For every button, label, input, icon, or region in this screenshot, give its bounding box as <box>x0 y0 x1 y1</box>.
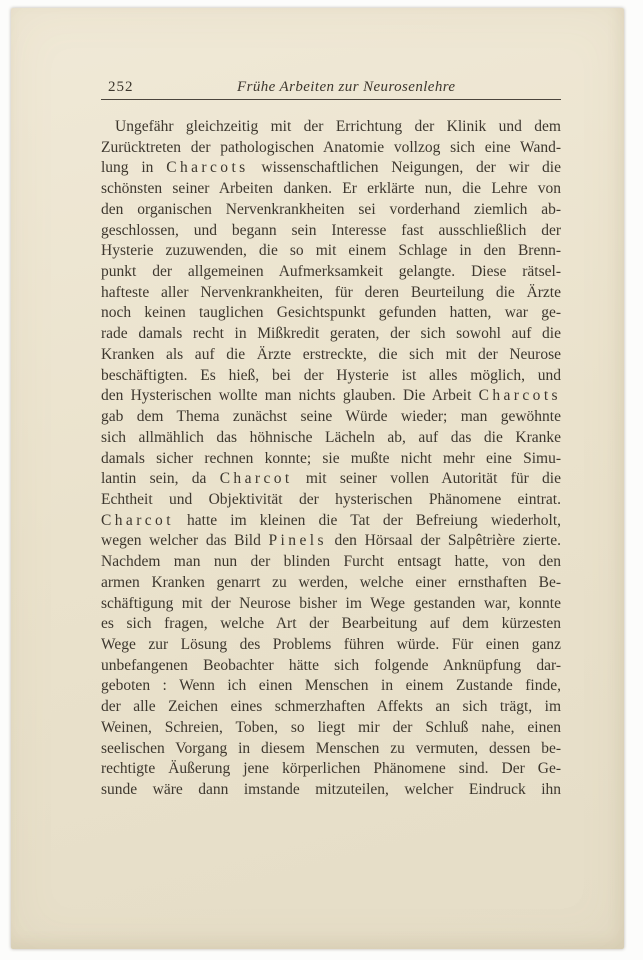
text-line: Kranken als auf die Ärzte erstreckte, di… <box>101 345 561 366</box>
text-segment: geboten : Wenn ich einen Menschen in ein… <box>101 677 561 694</box>
text-segment: Echtheit und Objektivität der hysterisch… <box>101 491 561 508</box>
text-line: Ungefähr gleichzeitig mit der Errichtung… <box>101 117 561 138</box>
text-line: den organischen Nervenkrankheiten sei vo… <box>101 200 561 221</box>
text-segment: Hysterie zuzuwenden, die so mit einem Sc… <box>101 242 561 259</box>
text-line: noch keinen tauglichen Gesichtspunkt gef… <box>101 303 561 324</box>
letterspaced-name: Charcots <box>479 387 561 404</box>
text-segment: rade damals recht in Mißkredit geraten, … <box>101 325 561 342</box>
text-line: der alle Zeichen eines schmerzhaften Aff… <box>101 697 561 718</box>
text-segment: gab dem Thema zunächst seine Würde wiede… <box>101 408 561 425</box>
text-segment: wissenschaftlichen Neigungen, der wir di… <box>249 159 561 176</box>
text-line: Wege zur Lösung des Problems führen würd… <box>101 635 561 656</box>
body-text: Ungefähr gleichzeitig mit der Errichtung… <box>101 117 561 801</box>
text-line: damals sicher rechnen konnte; sie mußte … <box>101 449 561 470</box>
text-segment: schönsten seiner Arbeiten danken. Er erk… <box>101 180 561 197</box>
text-segment: Weinen, Schreien, Toben, so liegt mir de… <box>101 719 561 736</box>
text-line: hafteste aller Nervenkrankheiten, für de… <box>101 283 561 304</box>
text-segment: seelischen Vorgang in diesem Menschen zu… <box>101 740 561 757</box>
text-line: Zurücktreten der pathologischen Anatomie… <box>101 138 561 159</box>
text-line: unbefangenen Beobachter hätte sich folge… <box>101 656 561 677</box>
text-line: wegen welcher das Bild Pinels den Hörsaa… <box>101 531 561 552</box>
text-line: Hysterie zuzuwenden, die so mit einem Sc… <box>101 241 561 262</box>
text-segment: Nachdem man nun der blinden Furcht entsa… <box>101 553 561 570</box>
text-segment: den Hysterischen wollte man nichts glaub… <box>101 387 479 404</box>
text-segment: geschlossen, und begann sein Interesse f… <box>101 222 561 239</box>
page-number: 252 <box>108 78 134 96</box>
page-content: 252 Frühe Arbeiten zur Neurosenlehre Ung… <box>101 78 561 801</box>
letterspaced-name: Charcot <box>220 470 293 487</box>
text-line: geboten : Wenn ich einen Menschen in ein… <box>101 676 561 697</box>
text-segment: hatte im kleinen die Tat der Befreiung w… <box>174 512 561 529</box>
text-segment: lantin sein, da <box>101 470 220 487</box>
text-segment: beschäftigten. Es hieß, bei der Hysterie… <box>101 367 561 384</box>
text-segment: rechtigte Äußerung jene körperlichen Phä… <box>101 760 561 777</box>
letterspaced-name: Pinels <box>269 532 327 549</box>
text-segment: Ungefähr gleichzeitig mit der Errichtung… <box>115 118 561 135</box>
text-segment: wegen welcher das Bild <box>101 532 269 549</box>
text-segment: lung in <box>101 159 166 176</box>
text-line: Weinen, Schreien, Toben, so liegt mir de… <box>101 718 561 739</box>
text-segment: Zurücktreten der pathologischen Anatomie… <box>101 139 561 156</box>
text-segment: Wege zur Lösung des Problems führen würd… <box>101 636 561 653</box>
text-line: geschlossen, und begann sein Interesse f… <box>101 221 561 242</box>
text-line: sich allmählich das höhnische Lächeln ab… <box>101 428 561 449</box>
text-line: lung in Charcots wissenschaftlichen Neig… <box>101 158 561 179</box>
text-segment: punkt der allgemeinen Aufmerksamkeit gel… <box>101 263 561 280</box>
text-line: Echtheit und Objektivität der hysterisch… <box>101 490 561 511</box>
text-line: schäftigung mit der Neurose bisher im We… <box>101 594 561 615</box>
scanned-book-page: 252 Frühe Arbeiten zur Neurosenlehre Ung… <box>11 8 624 949</box>
text-segment: hafteste aller Nervenkrankheiten, für de… <box>101 284 561 301</box>
text-line: seelischen Vorgang in diesem Menschen zu… <box>101 739 561 760</box>
letterspaced-name: Charcots <box>166 159 248 176</box>
text-segment: armen Kranken genarrt zu werden, welche … <box>101 574 561 591</box>
text-segment: schäftigung mit der Neurose bisher im We… <box>101 595 561 612</box>
text-line: lantin sein, da Charcot mit seiner volle… <box>101 469 561 490</box>
text-segment: sich allmählich das höhnische Lächeln ab… <box>101 429 561 446</box>
text-line: schönsten seiner Arbeiten danken. Er erk… <box>101 179 561 200</box>
text-line: den Hysterischen wollte man nichts glaub… <box>101 386 561 407</box>
text-line: es sich fragen, welche Art der Bearbeitu… <box>101 614 561 635</box>
running-title: Frühe Arbeiten zur Neurosenlehre <box>134 78 560 96</box>
text-segment: mit seiner vollen Autorität für die <box>293 470 561 487</box>
letterspaced-name: Charcot <box>101 512 174 529</box>
text-line: rechtigte Äußerung jene körperlichen Phä… <box>101 759 561 780</box>
text-line: Nachdem man nun der blinden Furcht entsa… <box>101 552 561 573</box>
text-line: gab dem Thema zunächst seine Würde wiede… <box>101 407 561 428</box>
text-segment: der alle Zeichen eines schmerzhaften Aff… <box>101 698 561 715</box>
text-line: Charcot hatte im kleinen die Tat der Bef… <box>101 511 561 532</box>
text-segment: es sich fragen, welche Art der Bearbeitu… <box>101 615 561 632</box>
text-segment: sunde wäre dann imstande mitzuteilen, we… <box>101 781 561 798</box>
text-segment: den organischen Nervenkrankheiten sei vo… <box>101 201 561 218</box>
text-segment: Kranken als auf die Ärzte erstreckte, di… <box>101 346 561 363</box>
text-segment: damals sicher rechnen konnte; sie mußte … <box>101 450 561 467</box>
text-segment: noch keinen tauglichen Gesichtspunkt gef… <box>101 304 561 321</box>
page-header: 252 Frühe Arbeiten zur Neurosenlehre <box>101 78 561 100</box>
text-segment: den Hörsaal der Salpêtrière zierte. <box>327 532 561 549</box>
text-segment: unbefangenen Beobachter hätte sich folge… <box>101 657 561 674</box>
text-line: beschäftigten. Es hieß, bei der Hysterie… <box>101 366 561 387</box>
text-line: armen Kranken genarrt zu werden, welche … <box>101 573 561 594</box>
text-line: punkt der allgemeinen Aufmerksamkeit gel… <box>101 262 561 283</box>
text-line: rade damals recht in Mißkredit geraten, … <box>101 324 561 345</box>
text-line: sunde wäre dann imstande mitzuteilen, we… <box>101 780 561 801</box>
